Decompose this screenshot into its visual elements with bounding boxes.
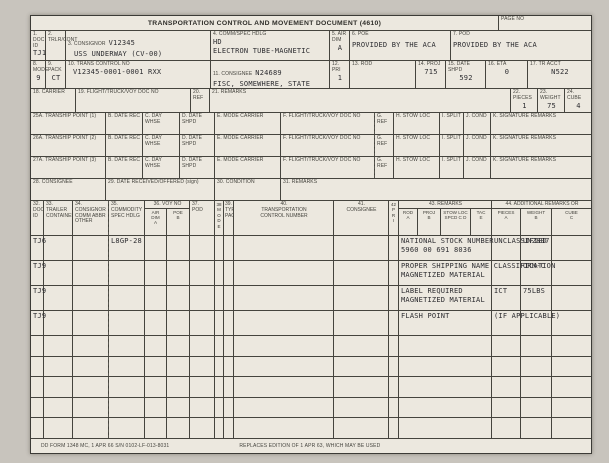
field-label: B. DATE REC bbox=[108, 114, 141, 120]
field-value: TJ1 bbox=[33, 49, 44, 58]
cell-remarks-line2: MAGNETIZED MATERIAL bbox=[401, 296, 491, 305]
col-header-label: 36. VOY NO bbox=[145, 201, 189, 208]
field-pod: 7. POD PROVIDED BY THE ACA bbox=[451, 31, 591, 60]
cell-remarks-line1: PROPER SHIPPING NAME CLASSIFICATION bbox=[401, 262, 491, 271]
col-header-label: 32. DOC ID bbox=[31, 201, 43, 219]
col-header-label: 40. TRANSPORTATION CONTROL NUMBER bbox=[234, 201, 333, 219]
col-header-label: 37. POD bbox=[190, 201, 214, 214]
field-value: N24689 bbox=[255, 69, 282, 77]
field-label: F. FLIGHT/TRUCK/VOY DOC NO bbox=[283, 114, 373, 120]
field-label: G. REF bbox=[377, 136, 392, 148]
field-mode-carrier: E. MODE CARRIER bbox=[215, 135, 281, 156]
cell-pieces-line2: (IF APPLICABLE) bbox=[494, 312, 520, 321]
field-label: 24. CUBE bbox=[567, 90, 590, 102]
cell-pieces-line1: UNCLASSIFIED bbox=[494, 237, 520, 246]
field-label: 9. PACK bbox=[48, 62, 64, 74]
line-item-row: TJ9 FLASH POINT (IF APPLICABLE) bbox=[31, 311, 591, 336]
field-stow-loc: H. STOW LOC bbox=[394, 157, 440, 178]
field-value: 1 bbox=[332, 74, 348, 83]
col-header-consignor: 34. CONSIGNOR COMM ABBR OTHER bbox=[73, 201, 109, 235]
line-item-row: TJ9 PROPER SHIPPING NAME CLASSIFICATIONM… bbox=[31, 261, 591, 286]
field-label: H. STOW LOC bbox=[396, 114, 438, 120]
field-value: N522 bbox=[530, 68, 590, 77]
field-flight-truck-voy: F. FLIGHT/TRUCK/VOY DOC NO bbox=[281, 135, 375, 156]
field-consignee: 11. CONSIGNEEN24689 FISC, SOMEWHERE, STA… bbox=[211, 61, 330, 88]
field-value: 592 bbox=[448, 74, 484, 83]
field-carrier: 18. CARRIER bbox=[31, 89, 76, 112]
field-poe: 6. POE PROVIDED BY THE ACA bbox=[350, 31, 451, 60]
tranship-row-1: 25A. TRANSHIP POINT (1) B. DATE REC C. D… bbox=[31, 113, 591, 135]
field-label: E. MODE CARRIER bbox=[217, 136, 279, 142]
field-label: 8. MODE bbox=[33, 62, 44, 74]
col-header-type-pack: 39. TYPE PACK bbox=[224, 201, 234, 235]
field-label: C. DAY WHSE bbox=[145, 158, 178, 170]
field-date-shpd: 15. DATE SHPD 592 bbox=[446, 61, 486, 88]
field-value-line2: FISC, SOMEWHERE, STATE bbox=[213, 80, 328, 89]
field-label: C. DAY WHSE bbox=[145, 136, 178, 148]
cell-remarks-line2: MAGNETIZED MATERIAL bbox=[401, 271, 491, 280]
field-day-whse: C. DAY WHSE bbox=[143, 113, 180, 134]
field-flight-truck-voy: 19. FLIGHT/TRUCK/VOY DOC NO bbox=[76, 89, 191, 112]
field-label: 5. AIR DIM bbox=[332, 32, 348, 44]
field-mode-carrier: E. MODE CARRIER bbox=[215, 157, 281, 178]
line-item-row-empty bbox=[31, 336, 591, 357]
field-label: K. SIGNATURE REMARKS bbox=[493, 136, 590, 142]
field-label: 20. REF bbox=[193, 90, 208, 102]
col-header-stow-loc: STOW LOC SPCD C D bbox=[441, 209, 471, 235]
field-value-line2: USS UNDERWAY (CV-00) bbox=[74, 50, 209, 59]
line-item-row-empty bbox=[31, 418, 591, 439]
field-tr-acct: 17. TR ACCT N522 bbox=[528, 61, 591, 88]
field-label: 23. WEIGHT bbox=[540, 90, 563, 102]
field-remarks-21: 21. REMARKS bbox=[210, 89, 511, 112]
line-item-row-empty bbox=[31, 377, 591, 398]
cell-doc-id: TJ9 bbox=[33, 312, 43, 321]
field-value: A bbox=[332, 44, 348, 53]
field-signature-remarks: K. SIGNATURE REMARKS bbox=[491, 113, 591, 134]
field-cond: J. COND bbox=[464, 135, 491, 156]
field-doc-id: 1. DOC ID TJ1 bbox=[31, 31, 46, 60]
field-ref: G. REF bbox=[374, 113, 394, 134]
field-label: 30. CONDITION bbox=[217, 180, 279, 186]
field-label: 11. CONSIGNEE bbox=[213, 71, 252, 77]
tcmd-form: TRANSPORTATION CONTROL AND MOVEMENT DOCU… bbox=[30, 15, 592, 454]
line-item-row-empty bbox=[31, 398, 591, 419]
field-pack: 9. PACK CT bbox=[46, 61, 66, 88]
cell-doc-id: TJ9 bbox=[33, 287, 43, 296]
field-label: 6. POE bbox=[352, 32, 449, 38]
field-label: 27A. TRANSHIP POINT (3) bbox=[33, 158, 104, 164]
cell-remarks-line1: FLASH POINT bbox=[401, 312, 491, 321]
field-cond: J. COND bbox=[464, 113, 491, 134]
field-day-whse: C. DAY WHSE bbox=[143, 135, 180, 156]
cell-remarks-line1: LABEL REQUIRED bbox=[401, 287, 491, 296]
field-ref: 20. REF bbox=[191, 89, 210, 112]
field-label: 13. ROD bbox=[352, 62, 414, 68]
col-header-tcn: 40. TRANSPORTATION CONTROL NUMBER bbox=[234, 201, 334, 235]
field-label: D. DATE SHPD bbox=[182, 158, 213, 170]
tranship-row-2: 26A. TRANSHIP POINT (2) B. DATE REC C. D… bbox=[31, 135, 591, 157]
field-ref: G. REF bbox=[374, 135, 394, 156]
form-row-28: 28. CONSIGNEE 29. DATE RECEIVED/OFFERED … bbox=[31, 179, 591, 201]
field-value: PROVIDED BY THE ACA bbox=[453, 41, 590, 50]
field-split: I. SPLIT bbox=[440, 135, 464, 156]
field-eta: 16. ETA 0 bbox=[486, 61, 528, 88]
field-mode: 8. MODE 9 bbox=[31, 61, 46, 88]
col-header-tac: TAC E bbox=[471, 209, 491, 235]
field-pieces-22: 22. PIECES 1 bbox=[511, 89, 538, 112]
col-header-label: 35. COMMODITY SPEC HDLG bbox=[109, 201, 144, 219]
field-tranship-point: 25A. TRANSHIP POINT (1) bbox=[31, 113, 106, 134]
field-label: 26A. TRANSHIP POINT (2) bbox=[33, 136, 104, 142]
field-label: B. DATE REC bbox=[108, 158, 141, 164]
form-row-1: 1. DOC ID TJ1 2. TRLR/CONT 3. CONSIGNORV… bbox=[31, 31, 591, 61]
field-value: 1 bbox=[513, 102, 536, 111]
field-label: 15. DATE SHPD bbox=[448, 62, 484, 74]
field-value: CT bbox=[48, 74, 64, 83]
field-label: F. FLIGHT/TRUCK/VOY DOC NO bbox=[283, 136, 373, 142]
field-signature-remarks: K. SIGNATURE REMARKS bbox=[491, 135, 591, 156]
field-comm-spec-hdlg: 4. COMM/SPEC HDLG HD ELECTRON TUBE-MAGNE… bbox=[211, 31, 330, 60]
field-split: I. SPLIT bbox=[440, 113, 464, 134]
field-date-rec: B. DATE REC bbox=[106, 135, 143, 156]
field-stow-loc: H. STOW LOC bbox=[394, 113, 440, 134]
page-no-label: PAGE NO bbox=[501, 17, 589, 23]
field-label: E. MODE CARRIER bbox=[217, 114, 279, 120]
cell-remarks-line1: NATIONAL STOCK NUMBER bbox=[401, 237, 491, 246]
cell-weight-line2: ORM-C bbox=[523, 262, 551, 271]
form-title: TRANSPORTATION CONTROL AND MOVEMENT DOCU… bbox=[31, 20, 498, 27]
field-label: 22. PIECES bbox=[513, 90, 536, 102]
field-pri: 12. PRI 1 bbox=[330, 61, 350, 88]
field-label: 19. FLIGHT/TRUCK/VOY DOC NO bbox=[78, 90, 189, 96]
field-label: E. MODE CARRIER bbox=[217, 158, 279, 164]
cell-pieces-line2: ICT bbox=[494, 287, 520, 296]
field-tranship-point: 26A. TRANSHIP POINT (2) bbox=[31, 135, 106, 156]
field-condition: 30. CONDITION bbox=[215, 179, 281, 200]
field-signature-remarks: K. SIGNATURE REMARKS bbox=[491, 157, 591, 178]
field-label: 29. DATE RECEIVED/OFFERED (sign) bbox=[108, 180, 213, 186]
field-value: V12345 bbox=[109, 39, 136, 47]
page-no-box: PAGE NO bbox=[498, 16, 591, 30]
col-header-air-dim: AIR DIM A bbox=[145, 209, 167, 235]
field-value: 75 bbox=[540, 102, 563, 111]
field-label: J. COND bbox=[466, 114, 489, 120]
line-item-row: TJ6 L8GP-28 NATIONAL STOCK NUMBER5960 00… bbox=[31, 236, 591, 261]
col-header-label: 43. REMARKS bbox=[399, 201, 491, 208]
field-value: 9 bbox=[33, 74, 44, 83]
field-date-shpd: D. DATE SHPD bbox=[180, 113, 215, 134]
col-header-label: 41. CONSIGNEE bbox=[334, 201, 388, 214]
col-header-poe: POE B bbox=[167, 209, 189, 235]
field-date-shpd: D. DATE SHPD bbox=[180, 135, 215, 156]
field-value-line2: ELECTRON TUBE-MAGNETIC bbox=[213, 47, 328, 56]
field-cond: J. COND bbox=[464, 157, 491, 178]
field-trans-control-no: 10. TRANS CONTROL NO V12345-0001-0001 RX… bbox=[66, 61, 211, 88]
field-label: 18. CARRIER bbox=[33, 90, 74, 96]
title-row: TRANSPORTATION CONTROL AND MOVEMENT DOCU… bbox=[31, 16, 591, 31]
field-tranship-point: 27A. TRANSHIP POINT (3) bbox=[31, 157, 106, 178]
field-day-whse: C. DAY WHSE bbox=[143, 157, 180, 178]
form-row-3: 18. CARRIER 19. FLIGHT/TRUCK/VOY DOC NO … bbox=[31, 89, 591, 113]
field-label: I. SPLIT bbox=[442, 136, 462, 142]
field-mode-carrier: E. MODE CARRIER bbox=[215, 113, 281, 134]
cell-weight-line2: UN2807 bbox=[523, 237, 551, 246]
field-cube-24: 24. CUBE 4 bbox=[565, 89, 591, 112]
field-date-shpd: D. DATE SHPD bbox=[180, 157, 215, 178]
col-header-mode: 38 M O D E bbox=[215, 201, 224, 235]
field-stow-loc: H. STOW LOC bbox=[394, 135, 440, 156]
field-label: 14. PROJ bbox=[418, 62, 444, 68]
field-label: 2. TRLR/CONT bbox=[48, 32, 64, 44]
field-label: F. FLIGHT/TRUCK/VOY DOC NO bbox=[283, 158, 373, 164]
field-label: K. SIGNATURE REMARKS bbox=[493, 158, 590, 164]
form-id-text: DD FORM 1348 MC, 1 APR 66 S/N 0102-LF-01… bbox=[41, 443, 169, 449]
field-value: 4 bbox=[567, 102, 590, 111]
cell-doc-id: TJ9 bbox=[33, 262, 43, 271]
line-item-row: TJ9 LABEL REQUIREDMAGNETIZED MATERIAL IC… bbox=[31, 286, 591, 311]
col-header-pieces: PIECES A bbox=[492, 209, 521, 235]
line-item-table-header: 32. DOC ID 33. TRAILER CONTAINER 34. CON… bbox=[31, 201, 591, 236]
field-flight-truck-voy: F. FLIGHT/TRUCK/VOY DOC NO bbox=[281, 157, 375, 178]
col-header-label: 34. CONSIGNOR COMM ABBR OTHER bbox=[73, 201, 108, 225]
field-date-rec: B. DATE REC bbox=[106, 113, 143, 134]
field-flight-truck-voy: F. FLIGHT/TRUCK/VOY DOC NO bbox=[281, 113, 375, 134]
field-label: D. DATE SHPD bbox=[182, 114, 213, 126]
field-date-rec: B. DATE REC bbox=[106, 157, 143, 178]
cell-weight-line2: 75LBS bbox=[523, 287, 551, 296]
field-air-dim: 5. AIR DIM A bbox=[330, 31, 350, 60]
field-value: 715 bbox=[418, 68, 444, 77]
field-label: 21. REMARKS bbox=[212, 90, 509, 96]
cell-commodity: L8GP-28 bbox=[111, 237, 144, 246]
field-label: 7. POD bbox=[453, 32, 590, 38]
field-label: 28. CONSIGNEE bbox=[33, 180, 104, 186]
field-value: PROVIDED BY THE ACA bbox=[352, 41, 449, 50]
col-header-voy-no: 36. VOY NO AIR DIM A POE B bbox=[145, 201, 190, 235]
field-label: 1. DOC ID bbox=[33, 32, 44, 49]
field-label: I. SPLIT bbox=[442, 114, 462, 120]
col-header-commodity: 35. COMMODITY SPEC HDLG bbox=[108, 201, 145, 235]
field-label: D. DATE SHPD bbox=[182, 136, 213, 148]
field-split: I. SPLIT bbox=[440, 157, 464, 178]
field-label: H. STOW LOC bbox=[396, 136, 438, 142]
cell-doc-id: TJ6 bbox=[33, 237, 43, 246]
col-header-label: 42 P R I bbox=[389, 201, 398, 224]
field-proj: 14. PROJ 715 bbox=[416, 61, 446, 88]
field-label: C. DAY WHSE bbox=[145, 114, 178, 126]
scanned-tcmd-form-page: { "title": "TRANSPORTATION CONTROL AND M… bbox=[0, 0, 609, 463]
form-footer: DD FORM 1348 MC, 1 APR 66 S/N 0102-LF-01… bbox=[31, 439, 591, 453]
col-header-label: 38 M O D E bbox=[215, 201, 223, 229]
col-header-consignee: 41. CONSIGNEE bbox=[334, 201, 389, 235]
field-label: J. COND bbox=[466, 158, 489, 164]
field-value: V12345-0001-0001 RXX bbox=[73, 68, 209, 77]
field-rod: 13. ROD bbox=[350, 61, 416, 88]
form-row-2: 8. MODE 9 9. PACK CT 10. TRANS CONTROL N… bbox=[31, 61, 591, 89]
replaces-edition-text: REPLACES EDITION OF 1 APR 63, WHICH MAY … bbox=[239, 443, 380, 449]
line-item-row-empty bbox=[31, 357, 591, 378]
col-header-pod: 37. POD bbox=[190, 201, 215, 235]
field-label: G. REF bbox=[377, 114, 392, 126]
cell-remarks-line2: 5960 00 691 8036 bbox=[401, 246, 491, 255]
field-label: 25A. TRANSHIP POINT (1) bbox=[33, 114, 104, 120]
field-date-received-offered: 29. DATE RECEIVED/OFFERED (sign) bbox=[106, 179, 215, 200]
tranship-row-3: 27A. TRANSHIP POINT (3) B. DATE REC C. D… bbox=[31, 157, 591, 179]
col-header-additional-remarks-group: 44. ADDITIONAL REMARKS OR PIECES A WEIGH… bbox=[492, 201, 591, 235]
col-header-weight: WEIGHT B bbox=[521, 209, 552, 235]
field-value: 0 bbox=[488, 68, 526, 77]
field-label: I. SPLIT bbox=[442, 158, 462, 164]
col-header-pri: 42 P R I bbox=[389, 201, 399, 235]
col-header-rod: ROD A bbox=[399, 209, 418, 235]
field-consignor: 3. CONSIGNORV12345 USS UNDERWAY (CV-00) bbox=[66, 31, 211, 60]
col-header-doc-id: 32. DOC ID bbox=[31, 201, 44, 235]
col-header-proj: PROJ B bbox=[418, 209, 441, 235]
col-header-remarks-group: 43. REMARKS ROD A PROJ B STOW LOC SPCD C… bbox=[399, 201, 492, 235]
field-label: B. DATE REC bbox=[108, 136, 141, 142]
field-consignee-28: 28. CONSIGNEE bbox=[31, 179, 106, 200]
col-header-label: 33. TRAILER CONTAINER bbox=[44, 201, 72, 219]
field-label: 31. REMARKS bbox=[283, 180, 590, 186]
col-header-trailer-container: 33. TRAILER CONTAINER bbox=[44, 201, 73, 235]
field-weight-23: 23. WEIGHT 75 bbox=[538, 89, 565, 112]
field-ref: G. REF bbox=[374, 157, 394, 178]
col-header-label: 39. TYPE PACK bbox=[224, 201, 233, 219]
field-label: H. STOW LOC bbox=[396, 158, 438, 164]
field-label: J. COND bbox=[466, 136, 489, 142]
field-value: HD bbox=[213, 38, 328, 47]
field-label: 3. CONSIGNOR bbox=[68, 41, 106, 47]
field-label: 12. PRI bbox=[332, 62, 348, 74]
field-remarks-31: 31. REMARKS bbox=[281, 179, 591, 200]
col-header-label: 44. ADDITIONAL REMARKS OR bbox=[492, 201, 591, 208]
col-header-cube: CUBE C bbox=[552, 209, 591, 235]
field-trlr-cont: 2. TRLR/CONT bbox=[46, 31, 66, 60]
field-label: G. REF bbox=[377, 158, 392, 170]
field-label: K. SIGNATURE REMARKS bbox=[493, 114, 590, 120]
